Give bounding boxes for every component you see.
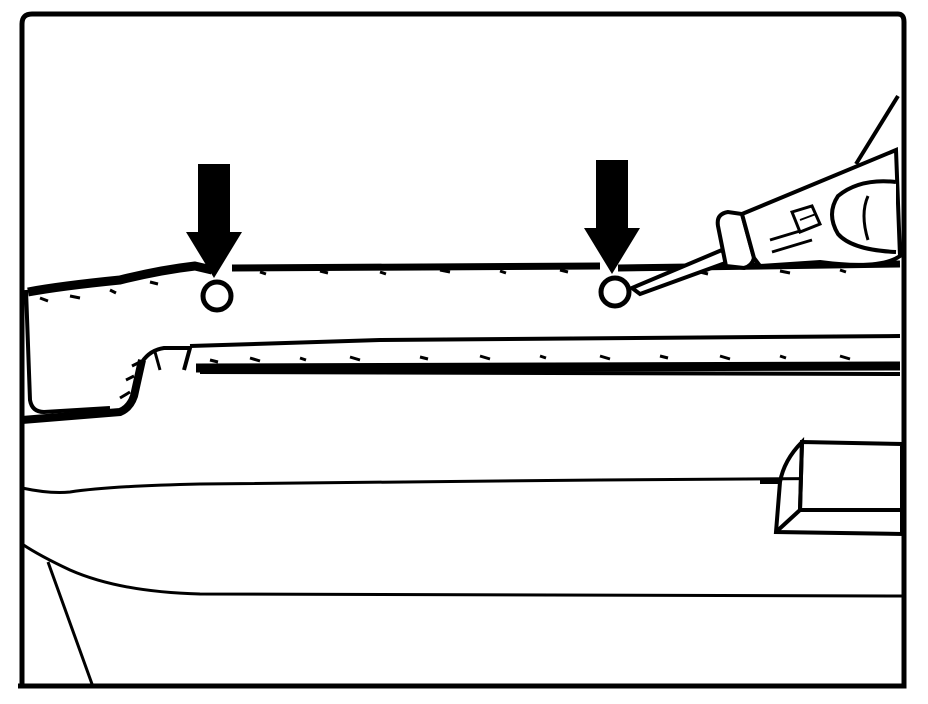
arrow-shaft <box>198 164 230 234</box>
illustration-canvas <box>0 0 928 704</box>
arrow-shaft <box>596 160 628 230</box>
frame-border <box>18 14 904 686</box>
callout-clip-right <box>584 160 640 306</box>
callout-clip-left <box>186 164 242 310</box>
retaining-clip-icon <box>601 278 629 306</box>
mounting-block <box>760 442 902 534</box>
lower-panel <box>22 478 904 684</box>
illustration-figure <box>0 0 928 704</box>
trim-strip-upper <box>22 264 900 420</box>
retaining-clip-icon <box>203 282 231 310</box>
